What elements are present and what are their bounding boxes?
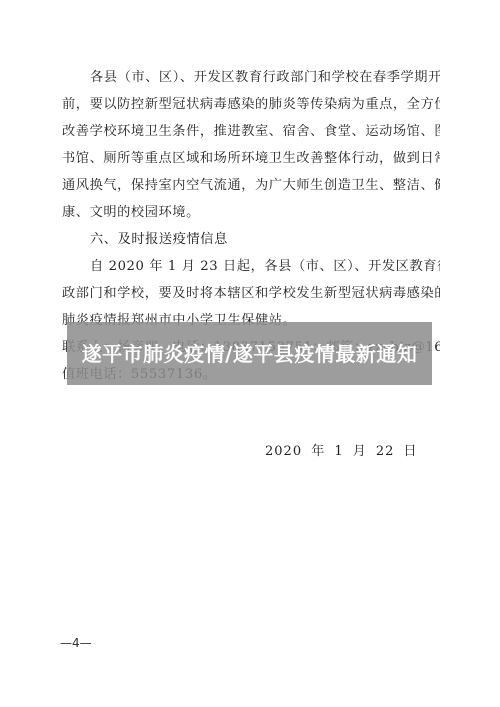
paragraph-line: 书馆、厕所等重点区域和场所环境卫生改善整体行动，做到日常 <box>62 145 440 172</box>
title-overlay-banner: 遂平市肺炎疫情/遂平县疫情最新通知 <box>67 322 432 385</box>
overlay-title: 遂平市肺炎疫情/遂平县疫情最新通知 <box>80 341 420 367</box>
paragraph-line: 政部门和学校，要及时将本辖区和学校发生新型冠状病毒感染的 <box>62 280 440 307</box>
paragraph-line: 改善学校环境卫生条件，推进教室、宿舍、食堂、运动场馆、图 <box>62 118 440 145</box>
paragraph-line: 各县（市、区）、开发区教育行政部门和学校在春季学期开学 <box>62 64 440 91</box>
page-number: —4— <box>60 636 92 650</box>
document-page: 各县（市、区）、开发区教育行政部门和学校在春季学期开学 前，要以防控新型冠状病毒… <box>0 0 500 707</box>
paragraph-line: 通风换气，保持室内空气流通，为广大师生创造卫生、整洁、健 <box>62 172 440 199</box>
paragraph-line: 康、文明的校园环境。 <box>62 199 440 226</box>
paragraph-line: 前，要以防控新型冠状病毒感染的肺炎等传染病为重点，全方位 <box>62 91 440 118</box>
paragraph-line: 自 2020 年 1 月 23 日起，各县（市、区）、开发区教育行 <box>62 253 440 280</box>
section-heading: 六、及时报送疫情信息 <box>62 226 440 253</box>
document-date: 2020 年 1 月 22 日 <box>265 440 418 459</box>
